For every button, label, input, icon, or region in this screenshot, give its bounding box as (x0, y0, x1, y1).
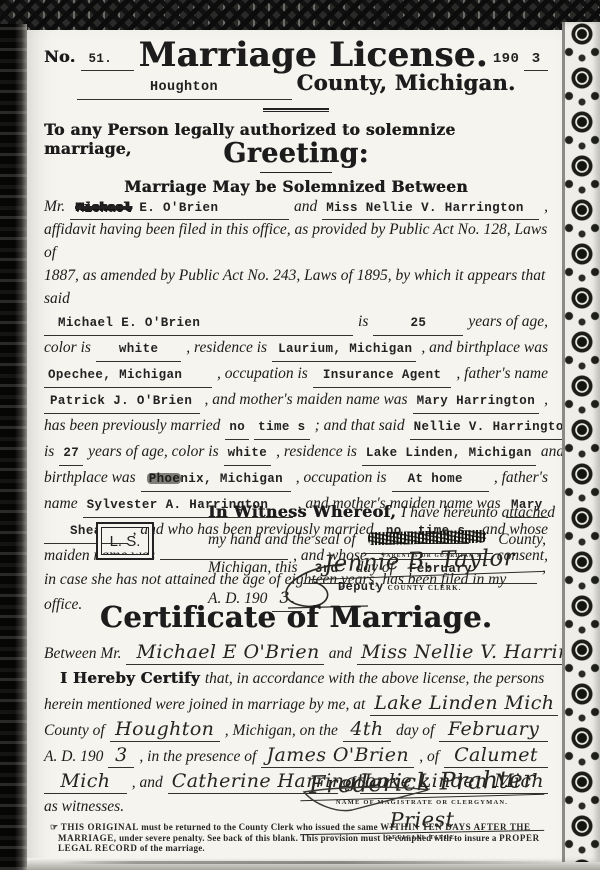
years-of-age: years of age, (468, 310, 548, 333)
clerk-title-line: Deputy COUNTY CLERK. (310, 577, 544, 595)
witness-text-1: I have hereunto attached (401, 499, 555, 526)
officiant-signature: Frederick Prahter (300, 765, 545, 801)
ad-190: A. D. 190 (44, 745, 103, 769)
color-is: color is (44, 336, 91, 359)
bride-name-typed: Miss Nellie V. Harrington (322, 197, 539, 220)
fathers-name-label: , father's name (456, 362, 548, 385)
lace-border-top (0, 0, 600, 30)
scan-edge-bottom (0, 858, 600, 870)
divider-rule (44, 108, 548, 112)
certificate-between-line: Between Mr. Michael E O'Brien and Miss N… (44, 640, 548, 666)
groom-color: white (96, 338, 181, 362)
scribbled-county-name (368, 530, 486, 545)
footer-fine-print: ☞ THIS ORIGINAL must be returned to the … (44, 822, 556, 854)
deputy-label: Deputy (338, 580, 384, 594)
groom-color-line: color is white , residence is Laurium, M… (44, 336, 548, 362)
prev-married-label: has been previously married (44, 414, 220, 437)
day-of: day of (396, 719, 434, 743)
bride-age-line: is 27 years of age, color is white , res… (44, 440, 548, 466)
groom-parents-line: Patrick J. O'Brien , and mother's maiden… (44, 388, 548, 414)
affidavit-line-2: 1887, as amended by Public Act No. 243, … (44, 264, 548, 310)
marriage-license-document: No. 51. Marriage License. 190 3 Houghton… (0, 0, 600, 870)
groom-mother: Mary Harrington (413, 390, 540, 414)
and-that-said: ; and that said (315, 414, 405, 437)
no-label: No. (44, 46, 76, 68)
name-label: name (44, 492, 78, 515)
groom-signature-script: Michael E O'Brien (126, 640, 323, 665)
is-label: is (358, 310, 368, 333)
groom-birthplace-line: Opechee, Michigan , occupation is Insura… (44, 362, 548, 388)
groom-first-overstruck: Michael (76, 201, 131, 215)
certificate-heading: Certificate of Marriage. (44, 600, 548, 634)
groom-name: Michael E. O'Brien (44, 312, 353, 336)
birthplace-was: birthplace was (44, 466, 136, 489)
ink-blot-overstrike: Phoe (149, 472, 181, 486)
groom-name-typed: Michael E. O'Brien (70, 197, 289, 220)
county-name: Houghton (77, 77, 292, 100)
presence-of: , in the presence of (139, 745, 256, 769)
residence-is: , residence is (276, 440, 357, 463)
marriage-county-script: Houghton (110, 717, 220, 742)
mothers-maiden-label: , and mother's maiden name was (205, 388, 408, 411)
clerk-signature-block: Jennie B. Taylor Deputy COUNTY CLERK. (310, 548, 544, 595)
certify-rest: that, in accordance with the above licen… (205, 667, 545, 691)
and-label: , and (132, 771, 163, 795)
years-color-is: years of age, color is (88, 440, 218, 463)
greeting-underline (44, 172, 548, 173)
mr-label: Mr. (44, 196, 65, 218)
witness1-name-script: James O'Brien (261, 743, 414, 768)
ls-label: L. S. (110, 533, 141, 550)
lace-border-left (0, 24, 27, 870)
greeting-heading: Greeting: (44, 138, 548, 169)
marriage-year-script: 3 (108, 743, 134, 768)
of-label: , of (419, 745, 439, 769)
witness-line-1: In Witness Whereof, I have hereunto atta… (208, 498, 546, 526)
parties-line: Mr. Michael E. O'Brien and Miss Nellie V… (44, 196, 548, 220)
groom-residence: Laurium, Michigan (272, 338, 416, 362)
certify-line-4: A. D. 190 3 , in the presence of James O… (44, 743, 548, 769)
affidavit-line-1: affidavit having been filed in this offi… (44, 218, 548, 264)
lace-border-right (562, 22, 600, 862)
certify-line-1: I Hereby Certify that, in accordance wit… (44, 666, 548, 691)
and-label: and (329, 642, 352, 666)
in-witness-whereof: In Witness Whereof, (208, 498, 396, 525)
occupation-is: , occupation is (217, 362, 308, 385)
pointer-hand-icon: ☞ (50, 822, 58, 832)
bride-name: Nellie V. Harrington (410, 416, 576, 440)
occupation-is: , occupation is (296, 466, 387, 489)
and-label: and (541, 440, 564, 463)
residence-is: , residence is (186, 336, 267, 359)
solemnized-subheading: Marriage May be Solemnized Between (44, 177, 548, 196)
fathers-label: , father's (494, 466, 548, 489)
witness1-place2-script: Mich (44, 769, 127, 794)
license-number: 51. (81, 48, 134, 71)
bride-color: white (224, 442, 272, 466)
certify-line-3: County of Houghton , Michigan, on the 4t… (44, 717, 548, 743)
footer-text-1: must be returned to the County Clerk who… (139, 822, 380, 832)
seal-ls-box: L. S. (96, 522, 154, 560)
bride-birthplace: Phoenix, Michigan (141, 468, 291, 492)
bride-age: 27 (59, 442, 83, 466)
bride-occupation: At home (392, 468, 489, 492)
marriage-month-script: February (439, 717, 548, 742)
i-hereby-certify: I Hereby Certify (44, 666, 200, 690)
birthplace-was-label: , and birthplace was (421, 336, 548, 359)
certify-line-2: herein mentioned were joined in marriage… (44, 691, 548, 717)
clerk-signature: Jennie B. Taylor (310, 544, 545, 580)
county-of-label: County of (44, 719, 105, 743)
document-title: Marriage License. (139, 38, 488, 72)
time-s: time s (254, 416, 309, 440)
footer-text-3: of the marriage. (137, 843, 204, 853)
is-label: is (44, 440, 54, 463)
bride-residence: Lake Linden, Michigan (362, 442, 536, 466)
between-mr-label: Between Mr. (44, 642, 121, 666)
comma: , (544, 388, 548, 411)
footer-text-2: under severe penalty. See back of this b… (117, 833, 499, 843)
county-suffix: County, Michigan. (297, 72, 516, 94)
and-label: and (294, 196, 317, 218)
groom-occupation: Insurance Agent (313, 364, 452, 388)
scan-smudge (60, 861, 570, 864)
groom-age: 25 (373, 312, 463, 336)
joined-in-marriage-label: herein mentioned were joined in marriage… (44, 693, 365, 717)
groom-birthplace: Opechee, Michigan (44, 364, 212, 388)
marriage-day-script: 4th (343, 717, 391, 742)
comma: , (544, 196, 548, 218)
year-written: 3 (524, 48, 548, 71)
year-printed: 190 (493, 48, 519, 70)
groom-age-line: Michael E. O'Brien is 25 years of age, (44, 310, 548, 336)
county-line: Houghton County, Michigan. (44, 72, 548, 100)
footer-this-original: THIS ORIGINAL (61, 822, 139, 832)
groom-prev-times: no (225, 416, 249, 440)
header-row: No. 51. Marriage License. 190 3 (44, 34, 548, 71)
michigan-on-the: , Michigan, on the (225, 719, 338, 743)
marriage-place-script: Lake Linden Mich (370, 691, 558, 716)
groom-prev-married-line: has been previously married no time s ; … (44, 414, 548, 440)
michigan-this: Michigan, this (208, 554, 298, 581)
county-clerk-label: COUNTY CLERK. (388, 584, 462, 592)
bride-birthplace-line: birthplace was Phoenix, Michigan , occup… (44, 466, 548, 492)
groom-father: Patrick J. O'Brien (44, 390, 200, 414)
